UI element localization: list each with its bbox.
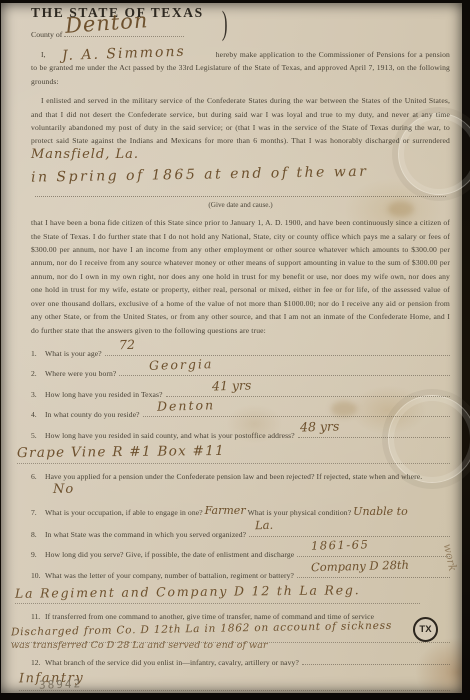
question-label: In what State was the command in which y… <box>45 530 246 539</box>
dotted-leader: 72 <box>105 346 450 356</box>
dotted-leader: Denton <box>143 407 450 417</box>
question-label: How long did you serve? Give, if possibl… <box>45 550 294 559</box>
dotted-leader <box>302 655 450 665</box>
answer-handwriting: Company D 28th <box>311 558 409 575</box>
answer-handwriting: 1861-65 <box>311 537 370 553</box>
question-11-answer-line2: was transferred Co D 28 La and served to… <box>11 643 450 651</box>
question-number: 7. <box>31 508 45 517</box>
question-label: What is your occupation, if able to enga… <box>45 508 203 517</box>
question-12-answer-line: Infantry <box>19 677 450 691</box>
answer-handwriting: Farmer <box>205 504 246 517</box>
question-number: 4. <box>31 410 45 419</box>
question-label: In what county do you reside? <box>45 410 140 419</box>
question-number: 5. <box>31 431 45 440</box>
question-number: 6. <box>31 472 45 481</box>
answer-handwriting: Discharged from Co. D 12th La in 1862 on… <box>11 620 392 639</box>
intro-prefix: I, <box>41 50 46 59</box>
question-label: Where were you born? <box>45 369 116 378</box>
question-row-8: 8. In what State was the command in whic… <box>31 527 450 539</box>
dotted-leader: 48 yrs <box>298 428 450 438</box>
question-10-answer-line2: La Regiment and Company D 12 th La Reg. <box>15 590 420 604</box>
question-number: 1. <box>31 349 45 358</box>
question-row-10: 10. What was the letter of your company,… <box>31 568 450 580</box>
question-row-3: 3. How long have you resided in Texas? 4… <box>31 387 450 399</box>
question-row-6: 6. Have you applied for a pension under … <box>31 472 450 496</box>
applicant-name-slot: J. A. Simmons <box>46 56 216 57</box>
answer-handwriting: Georgia <box>149 356 214 373</box>
county-label: County of <box>31 30 62 39</box>
service-paragraph: I enlisted and served in the military se… <box>31 94 450 162</box>
document-header: THE STATE OF TEXAS ) County of Denton <box>31 5 450 39</box>
question-label: What was the letter of your company, num… <box>45 571 294 580</box>
question-row-5: 5. How long have you resided in said cou… <box>31 428 450 440</box>
question-number: 11. <box>31 612 45 621</box>
question-label-text: Have you applied for a pension under the… <box>45 472 422 481</box>
question-label: What is your age? <box>45 349 102 358</box>
answer-handwriting: La. <box>255 517 274 531</box>
surrender-place-handwriting: Mansfield, La. <box>31 147 139 162</box>
question-row-4: 4. In what county do you reside? Denton <box>31 407 450 419</box>
question-row-1: 1. What is your age? 72 <box>31 346 450 358</box>
answer-handwriting: La Regiment and Company D 12 th La Reg. <box>15 582 361 601</box>
answer-handwriting: was transferred Co D 28 La and served to… <box>11 640 267 651</box>
date-cause-caption: (Give date and cause.) <box>31 201 450 209</box>
question-number: 2. <box>31 369 45 378</box>
service-paragraph-text: I enlisted and served in the military se… <box>31 96 450 145</box>
applicant-name-handwriting: J. A. Simmons <box>52 46 186 64</box>
questions-section: 1. What is your age? 72 2. Where were yo… <box>31 346 450 692</box>
dotted-leader: La. <box>249 527 450 537</box>
question-number: 10. <box>31 571 45 580</box>
dotted-rule <box>35 196 446 197</box>
answer-handwriting: 41 yrs <box>211 377 251 393</box>
question-label: How long have you resided in said county… <box>45 431 295 440</box>
question-row-7: 7. What is your occupation, if able to e… <box>31 505 450 518</box>
answer-handwriting: No <box>53 482 74 497</box>
answer-handwriting: Denton <box>156 398 214 415</box>
question-5-answer-line2: Grape Vine R #1 Box #11 <box>17 450 450 464</box>
question-number: 9. <box>31 550 45 559</box>
question-label: Have you applied for a pension under the… <box>45 472 450 496</box>
tx-circle-stamp: TX <box>413 617 438 642</box>
document-content: THE STATE OF TEXAS ) County of Denton I,… <box>31 5 450 691</box>
question-number: 3. <box>31 390 45 399</box>
file-number: 38942 <box>39 677 83 691</box>
dotted-leader: 1861-65 <box>297 547 450 557</box>
header-brace: ) <box>222 5 228 43</box>
scanned-pension-document: { "doc": { "title": "THE STATE OF TEXAS"… <box>0 0 470 700</box>
question-number: 12. <box>31 658 45 667</box>
question-label: How long have you resided in Texas? <box>45 390 163 399</box>
answer-handwriting: 48 yrs <box>300 418 340 434</box>
question-label: What branch of the service did you enlis… <box>45 658 299 667</box>
question-number: 8. <box>31 530 45 539</box>
answer-handwriting: 72 <box>119 336 135 351</box>
question-label-2: What is your physical condition? <box>248 508 352 517</box>
dotted-leader: 41 yrs <box>166 387 450 397</box>
dotted-leader: Company D 28th <box>297 568 450 578</box>
answer-handwriting: Grape Vine R #1 Box #11 <box>17 443 225 461</box>
question-row-12: 12. What branch of the service did you e… <box>31 655 450 667</box>
dotted-leader: Georgia <box>119 366 450 376</box>
question-row-2: 2. Where were you born? Georgia <box>31 366 450 378</box>
aged-paper: THE STATE OF TEXAS ) County of Denton I,… <box>1 3 462 693</box>
surrender-when-handwriting: in Spring of 1865 at end of the war <box>31 163 450 186</box>
intro-paragraph: I,J. A. Simmonshereby make application t… <box>31 48 450 88</box>
citizen-paragraph: that I have been a bona fide citizen of … <box>31 216 450 337</box>
answer-handwriting: Unable to <box>353 505 408 518</box>
